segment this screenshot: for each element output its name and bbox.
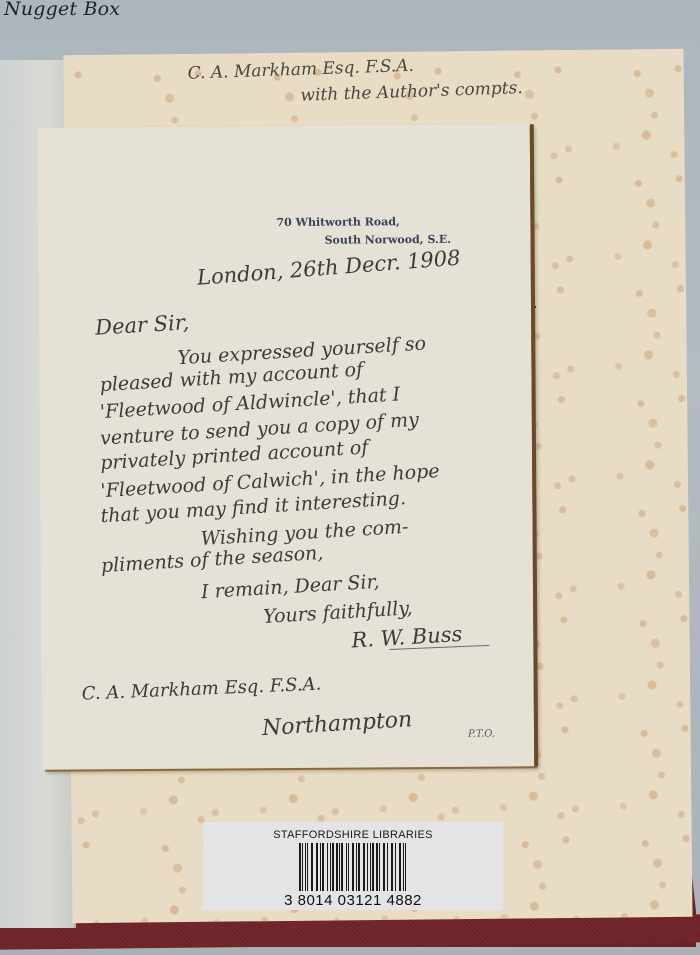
barcode-bar bbox=[406, 843, 408, 891]
addressee-town: Northampton bbox=[261, 707, 413, 741]
library-barcode-label: STAFFORDSHIRE LIBRARIES 3 8014 03121 488… bbox=[203, 822, 503, 910]
addressee-name: C. A. Markham Esq. F.S.A. bbox=[81, 674, 321, 705]
closing-line-1: I remain, Dear Sir, bbox=[200, 571, 380, 604]
barcode-bars bbox=[299, 843, 408, 891]
barcode-title: STAFFORDSHIRE LIBRARIES bbox=[273, 829, 433, 841]
dateline: London, 26th Decr. 1908 bbox=[196, 246, 461, 290]
letterhead-line-2: South Norwood, S.E. bbox=[276, 231, 451, 250]
barcode-number: 3 8014 03121 4882 bbox=[284, 892, 422, 909]
watermark-text: Nugget Box bbox=[4, 0, 120, 20]
handwritten-letter: 70 Whitworth Road, South Norwood, S.E. L… bbox=[38, 124, 534, 769]
letterhead: 70 Whitworth Road, South Norwood, S.E. bbox=[276, 213, 451, 250]
salutation: Dear Sir, bbox=[95, 310, 190, 340]
pto-note: P.T.O. bbox=[468, 729, 495, 740]
letterhead-line-1: 70 Whitworth Road, bbox=[276, 215, 399, 229]
closing-line-2: Yours faithfully, bbox=[263, 597, 413, 628]
